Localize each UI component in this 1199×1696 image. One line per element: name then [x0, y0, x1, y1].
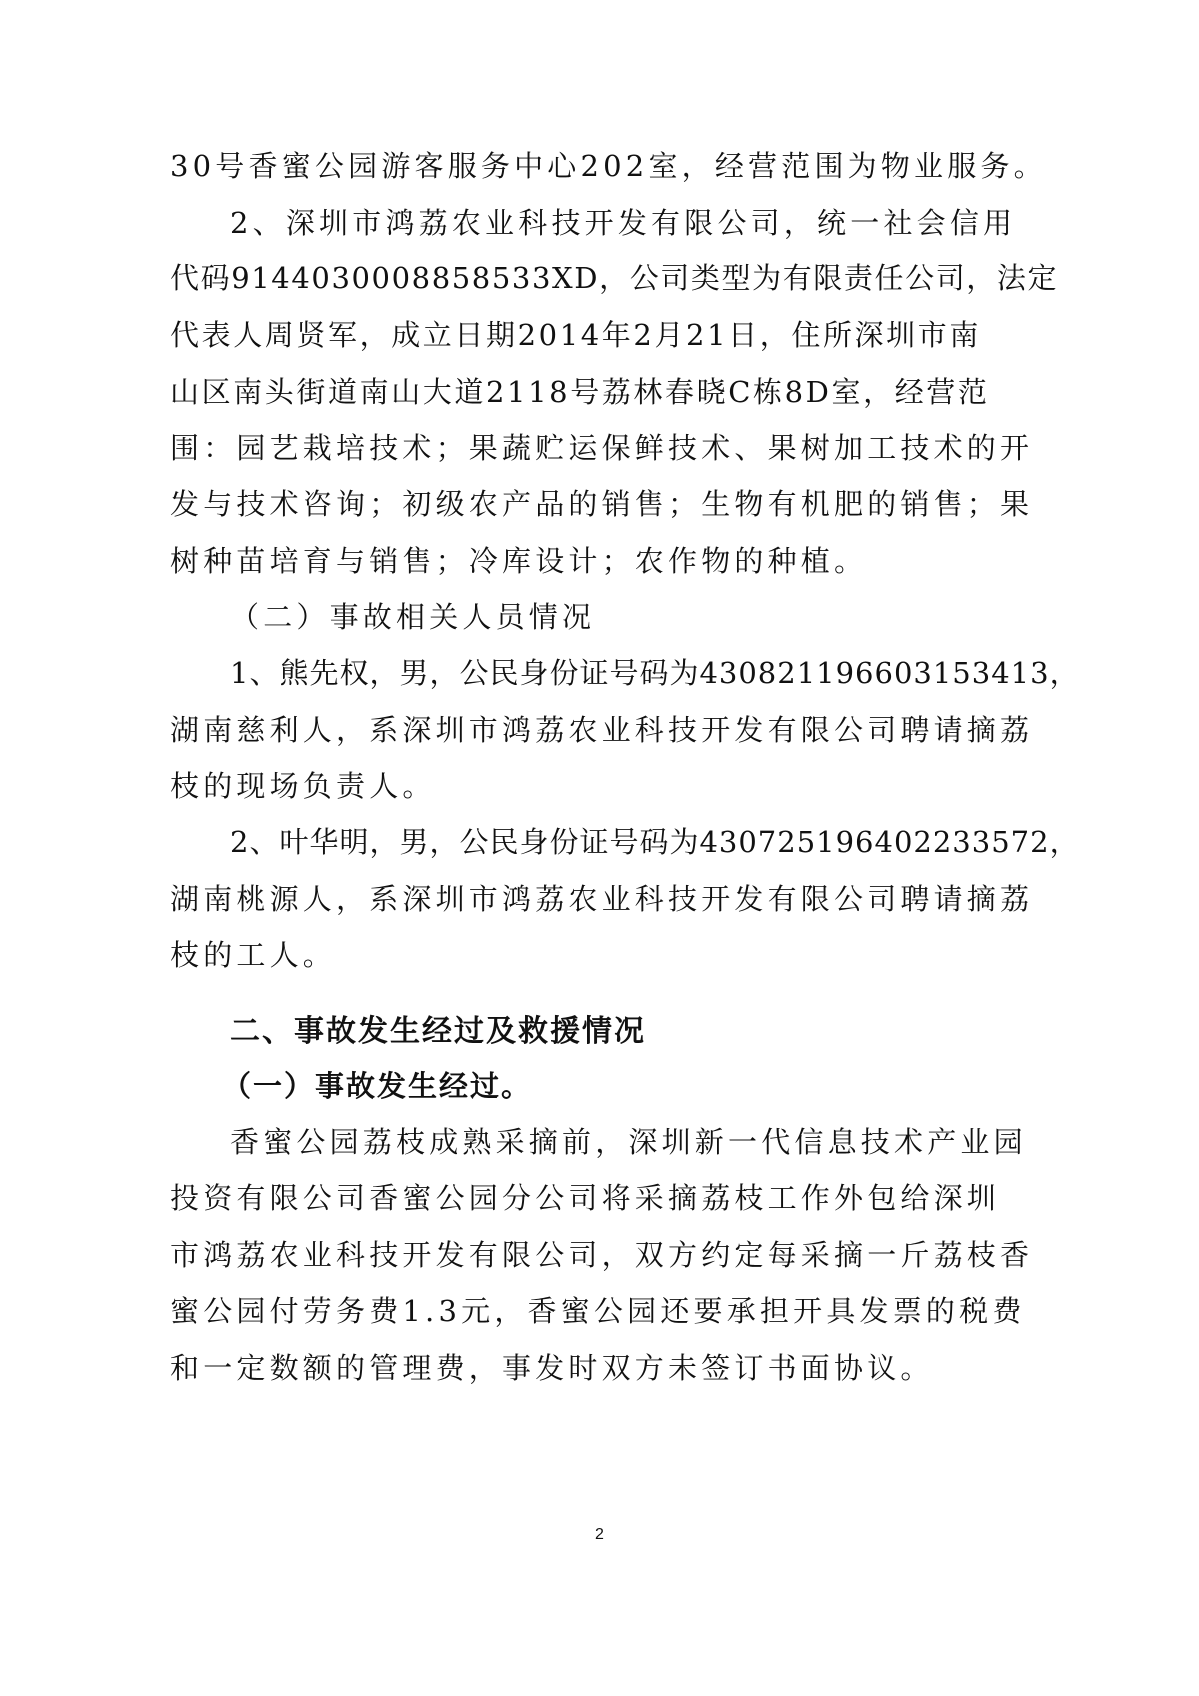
paragraph-line: 市鸿荔农业科技开发有限公司，双方约定每采摘一斤荔枝香 [170, 1235, 950, 1275]
paragraph-line: 和一定数额的管理费，事发时双方未签订书面协议。 [170, 1348, 950, 1388]
paragraph-line: 湖南桃源人，系深圳市鸿荔农业科技开发有限公司聘请摘荔 [170, 879, 950, 919]
paragraph-line: 代表人周贤军，成立日期2014年2月21日，住所深圳市南 [170, 315, 950, 355]
paragraph-line: 围：园艺栽培技术；果蔬贮运保鲜技术、果树加工技术的开 [170, 428, 950, 468]
paragraph-line: 湖南慈利人，系深圳市鸿荔农业科技开发有限公司聘请摘荔 [170, 710, 950, 750]
paragraph-line: 投资有限公司香蜜公园分公司将采摘荔枝工作外包给深圳 [170, 1178, 950, 1218]
paragraph-line: 山区南头街道南山大道2118号荔林春晓C栋8D室，经营范 [170, 372, 950, 412]
paragraph-line: 代码9144030008858533XD，公司类型为有限责任公司，法定 [170, 258, 950, 298]
paragraph-line: 2、叶华明，男，公民身份证号码为430725196402233572， [230, 822, 1010, 862]
paragraph-line: 枝的现场负责人。 [170, 766, 950, 806]
paragraph-line: 30号香蜜公园游客服务中心202室，经营范围为物业服务。 [170, 146, 950, 186]
section-subheading: （一）事故发生经过。 [222, 1066, 1002, 1106]
paragraph-line: 1、熊先权，男，公民身份证号码为430821196603153413， [230, 653, 1010, 693]
paragraph-line: 2、深圳市鸿荔农业科技开发有限公司，统一社会信用 [230, 203, 1010, 243]
paragraph-line: 蜜公园付劳务费1.3元，香蜜公园还要承担开具发票的税费 [170, 1291, 950, 1331]
section-heading: 二、事故发生经过及救援情况 [230, 1012, 1010, 1052]
page-number: 2 [0, 1526, 1199, 1544]
paragraph-line: 香蜜公园荔枝成熟采摘前，深圳新一代信息技术产业园 [230, 1122, 1010, 1162]
paragraph-line: 发与技术咨询；初级农产品的销售；生物有机肥的销售；果 [170, 484, 950, 524]
paragraph-line: 枝的工人。 [170, 935, 950, 975]
document-page: 30号香蜜公园游客服务中心202室，经营范围为物业服务。 2、深圳市鸿荔农业科技… [0, 0, 1199, 1696]
paragraph-line: 树种苗培育与销售；冷库设计；农作物的种植。 [170, 541, 950, 581]
section-subheading: （二）事故相关人员情况 [230, 597, 1010, 637]
